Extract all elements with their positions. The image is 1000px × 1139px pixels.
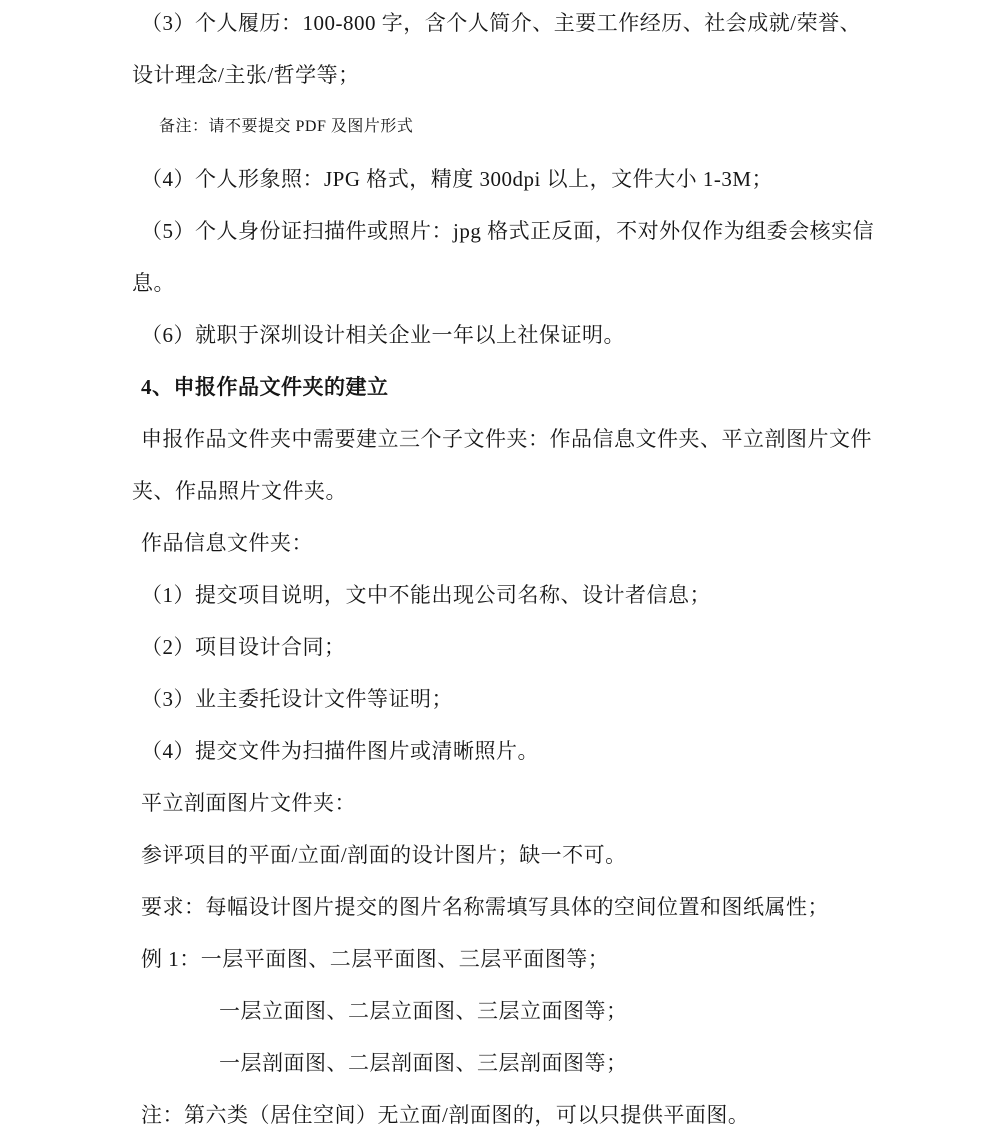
doc-line-18: 要求：每幅设计图片提交的图片名称需填写具体的空间位置和图纸属性；	[132, 881, 892, 933]
doc-line-17: 参评项目的平面/立面/剖面的设计图片；缺一不可。	[132, 829, 892, 881]
document-body: （3）个人履历：100-800 字，含个人简介、主要工作经历、社会成就/荣誉、设…	[132, 0, 892, 1139]
doc-line-14: （3）业主委托设计文件等证明；	[132, 673, 892, 725]
doc-line-11: 作品信息文件夹：	[132, 517, 892, 569]
doc-line-22: 注：第六类（居住空间）无立面/剖面图的，可以只提供平面图。	[132, 1089, 892, 1139]
doc-line-2: 设计理念/主张/哲学等；	[132, 49, 892, 101]
document-page: （3）个人履历：100-800 字，含个人简介、主要工作经历、社会成就/荣誉、设…	[0, 0, 1000, 1139]
doc-line-9: 申报作品文件夹中需要建立三个子文件夹：作品信息文件夹、平立剖图片文件	[132, 413, 892, 465]
doc-line-13: （2）项目设计合同；	[132, 621, 892, 673]
doc-line-5: （5）个人身份证扫描件或照片：jpg 格式正反面，不对外仅作为组委会核实信	[132, 205, 892, 257]
doc-line-4: （4）个人形象照：JPG 格式，精度 300dpi 以上，文件大小 1-3M；	[132, 153, 892, 205]
doc-line-16: 平立剖面图片文件夹：	[132, 777, 892, 829]
doc-line-12: （1）提交项目说明，文中不能出现公司名称、设计者信息；	[132, 569, 892, 621]
doc-line-19: 例 1：一层平面图、二层平面图、三层平面图等；	[132, 933, 892, 985]
doc-line-20: 一层立面图、二层立面图、三层立面图等；	[132, 985, 892, 1037]
doc-line-3: 备注：请不要提交 PDF 及图片形式	[132, 101, 892, 153]
doc-line-15: （4）提交文件为扫描件图片或清晰照片。	[132, 725, 892, 777]
doc-line-1: （3）个人履历：100-800 字，含个人简介、主要工作经历、社会成就/荣誉、	[132, 0, 892, 49]
doc-line-21: 一层剖面图、二层剖面图、三层剖面图等；	[132, 1037, 892, 1089]
doc-line-8-heading: 4、申报作品文件夹的建立	[132, 361, 892, 413]
doc-line-6: 息。	[132, 257, 892, 309]
doc-line-10: 夹、作品照片文件夹。	[132, 465, 892, 517]
doc-line-7: （6）就职于深圳设计相关企业一年以上社保证明。	[132, 309, 892, 361]
